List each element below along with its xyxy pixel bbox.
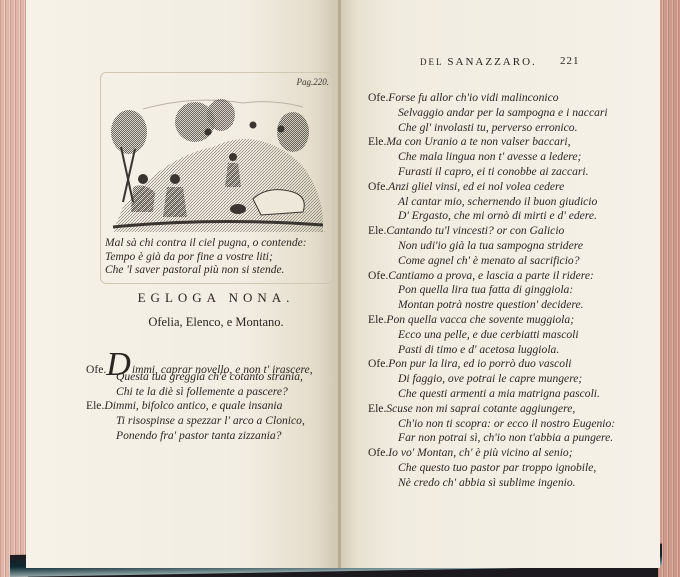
verse-text: Pon quella vacca che sovente muggiola; (386, 313, 574, 326)
verse-line: D' Ergasto, che mi ornò di mirti e d' ed… (368, 209, 615, 224)
verse-line: Ele.Cantando tu'l vincesti? or con Galic… (368, 224, 615, 239)
eclogue-characters: Ofelia, Elenco, e Montano. (100, 315, 332, 330)
book-edge-right (658, 0, 680, 577)
verse-line: Pasti di timo e d' acetosa luggiola. (368, 343, 615, 358)
caption-line: Tempo è già da por fine a vostre liti; (105, 251, 331, 265)
right-verse: Ofe.Forse fu allor ch'io vidi malinconic… (368, 91, 615, 491)
verse-text: Dimmi, bifolco antico, e quale insania (104, 399, 282, 412)
running-head: DEL SANAZZARO. (420, 56, 537, 68)
verse-line: Di faggio, ove potrai le capre mungere; (368, 372, 615, 387)
verse-line: Ele.Pon quella vacca che sovente muggiol… (368, 313, 615, 328)
verse-text: Al cantar mio, schernendo il buon giudic… (398, 195, 597, 208)
page-number: 221 (560, 55, 580, 67)
speaker-label: Ele. (368, 402, 386, 417)
verse-text: Ponendo fra' pastor tanta zizzania? (116, 429, 281, 442)
verse-text: Questa tua greggia ch'è cotanto strania, (116, 370, 303, 383)
eclogue-title: EGLOGA NONA. (100, 290, 332, 306)
verse-text: Cantiamo a prova, e lascia a parte il ri… (388, 269, 594, 282)
verse-text: Che gl' involasti tu, perverso erronico. (398, 121, 577, 134)
verse-text: Non udi'io già la tua sampogna stridere (398, 239, 583, 252)
verse-line: Nè credo ch' abbia sì sublime ingenio. (368, 476, 615, 491)
verse-line: Che mala lingua non t' avesse a ledere; (368, 150, 615, 165)
verse-text: Io vo' Montan, ch' è più vicino al senio… (388, 446, 572, 459)
verse-line: Ti risospinse a spezzar l' arco a Clonic… (86, 414, 313, 429)
verse-line: Ofe.Forse fu allor ch'io vidi malinconic… (368, 91, 615, 106)
verse-line: Al cantar mio, schernendo il buon giudic… (368, 195, 615, 210)
verse-text: Selvaggio andar per la sampogna e i nacc… (398, 106, 608, 119)
verse-line: Ofe.Anzi gliel vinsi, ed ei nol volea ce… (368, 180, 615, 195)
verse-text: Far non potrai sì, ch'io non t'abbia a p… (398, 431, 613, 444)
verse-text: Chi te la diè sì follemente a pascere? (116, 385, 288, 398)
verse-line: Ecco una pelle, e due cerbiatti mascoli (368, 328, 615, 343)
verse-text: Furasti il capro, ei ti conobbe ai zacca… (398, 165, 589, 178)
verse-text: Cantando tu'l vincesti? or con Galicio (386, 224, 564, 237)
verse-line: Montan potrà nostre question' decidere. (368, 298, 615, 313)
verse-line: Furasti il capro, ei ti conobbe ai zacca… (368, 165, 615, 180)
verse-line: Non udi'io già la tua sampogna stridere (368, 239, 615, 254)
verse-text: Di faggio, ove potrai le capre mungere; (398, 372, 582, 385)
verse-line: Ele.Dimmi, bifolco antico, e quale insan… (86, 399, 313, 414)
verse-text: Anzi gliel vinsi, ed ei nol volea cedere (388, 180, 564, 193)
speaker-label: Ele. (368, 224, 386, 239)
verse-line: Ch'io non ti scopra: or ecco il nostro E… (368, 417, 615, 432)
verse-text: Ma con Uranio a te non valser baccari, (386, 135, 570, 148)
speaker-label: Ofe. (368, 446, 388, 461)
speaker-label: Ele. (368, 313, 386, 328)
verse-text: Pasti di timo e d' acetosa luggiola. (398, 343, 559, 356)
verse-line: Che gl' involasti tu, perverso erronico. (368, 121, 615, 136)
verse-text: Scuse non mi saprai cotante aggiungere, (386, 402, 575, 415)
verse-line: Selvaggio andar per la sampogna e i nacc… (368, 106, 615, 121)
speaker-label: Ele. (86, 399, 104, 414)
verse-line: Pon quella lira tua fatta di ginggiola: (368, 283, 615, 298)
engraved-plate: Pag.220. (100, 72, 334, 284)
verse-text: Ti risospinse a spezzar l' arco a Clonic… (116, 414, 305, 427)
verse-text: Montan potrà nostre question' decidere. (398, 298, 583, 311)
verse-line: Come agnel ch' è menato al sacrificio? (368, 254, 615, 269)
verse-text: Forse fu allor ch'io vidi malinconico (388, 91, 558, 104)
left-verse: Ofe.Dimmi, caprar novello, e non t' iras… (86, 355, 313, 444)
verse-line: Ofe.Io vo' Montan, ch' è più vicino al s… (368, 446, 615, 461)
verse-line: Ele.Scuse non mi saprai cotante aggiunge… (368, 402, 615, 417)
verse-line: Che questo tuo pastor par troppo ignobil… (368, 461, 615, 476)
verse-text: Che questo tuo pastor par troppo ignobil… (398, 461, 596, 474)
running-head-prefix: DEL (420, 57, 447, 67)
book-gutter (338, 0, 341, 568)
caption-line: Mal sà chi contra il ciel pugna, o conte… (105, 237, 331, 251)
verse-line: Questa tua greggia ch'è cotanto strania, (86, 370, 313, 385)
speaker-label: Ofe. (368, 91, 388, 106)
verse-line: Ponendo fra' pastor tanta zizzania? (86, 429, 313, 444)
verse-line: Che questi armenti a mia matrigna pascol… (368, 387, 615, 402)
book-edge-left (0, 0, 28, 577)
plate-page-label: Pag.220. (297, 77, 330, 87)
caption-line: Che 'l saver pastoral più non si stende. (105, 264, 331, 278)
verse-text: Ch'io non ti scopra: or ecco il nostro E… (398, 417, 615, 430)
verse-text: Che questi armenti a mia matrigna pascol… (398, 387, 600, 400)
engraver-signature: … (321, 229, 325, 234)
pastoral-engraving-illustration (103, 87, 327, 237)
running-head-author: SANAZZARO. (447, 56, 536, 68)
verse-line: Chi te la diè sì follemente a pascere? (86, 385, 313, 400)
plate-caption: Mal sà chi contra il ciel pugna, o conte… (105, 237, 331, 278)
verse-text: Che mala lingua non t' avesse a ledere; (398, 150, 581, 163)
speaker-label: Ele. (368, 135, 386, 150)
verse-line: Far non potrai sì, ch'io non t'abbia a p… (368, 431, 615, 446)
speaker-label: Ofe. (368, 269, 388, 284)
verse-text: Pon quella lira tua fatta di ginggiola: (398, 283, 573, 296)
verse-line: Ofe.Cantiamo a prova, e lascia a parte i… (368, 269, 615, 284)
verse-text: Pon pur la lira, ed io porrò duo vascoli (388, 357, 571, 370)
verse-text: D' Ergasto, che mi ornò di mirti e d' ed… (398, 209, 597, 222)
verse-text: Ecco una pelle, e due cerbiatti mascoli (398, 328, 579, 341)
verse-line: Ofe.Dimmi, caprar novello, e non t' iras… (86, 355, 313, 370)
verse-line: Ofe.Pon pur la lira, ed io porrò duo vas… (368, 357, 615, 372)
speaker-label: Ofe. (368, 357, 388, 372)
verse-text: Nè credo ch' abbia sì sublime ingenio. (398, 476, 576, 489)
verse-line: Ele.Ma con Uranio a te non valser baccar… (368, 135, 615, 150)
speaker-label: Ofe. (368, 180, 388, 195)
verse-text: Come agnel ch' è menato al sacrificio? (398, 254, 580, 267)
